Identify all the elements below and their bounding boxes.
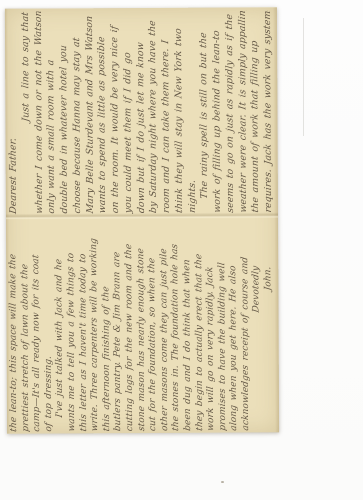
page-one-text: Dearest Father.Just a line to say thatwh… [7, 10, 276, 214]
handwriting-line: cut for the foundation, so when the [147, 219, 160, 432]
scan-artifact-line [303, 18, 304, 136]
handwriting-line: been dug and I do think that when [182, 219, 195, 431]
handwriting-line: the stones in. The foundation hole has [170, 219, 183, 431]
handwriting-line: think they will stay in New York two [173, 10, 187, 213]
handwriting-line: room and I can take them there. I [160, 10, 174, 214]
letter-paper: Dearest Father.Just a line to say thatwh… [5, 7, 279, 433]
handwriting-line: wants me to tell you a few things to [66, 219, 79, 432]
handwriting-line: write. Three carpenters will be working [89, 219, 102, 432]
page-two-rotated-block: the lean-to; this space will make thepre… [8, 219, 277, 432]
handwriting-line: the amount of work that filling up [249, 10, 263, 213]
handwriting-line: camp—It's all ready now for its coat [31, 219, 44, 432]
letter-scan: Dearest Father.Just a line to say thatwh… [0, 0, 363, 500]
handwriting-line: double bed in whatever hotel you [58, 10, 72, 214]
handwriting-line: wants to spend as little as possible [96, 10, 110, 214]
page-one-rotated-block: Dearest Father.Just a line to say thatwh… [7, 10, 276, 214]
scan-speck [221, 481, 224, 483]
handwriting-line: work of filling up behind the lean-to [211, 10, 225, 213]
handwriting-line: by Saturday night where you have the [147, 10, 161, 214]
handwriting-line: you could meet them if I did go [122, 10, 136, 214]
handwriting-line: choose because Hanna may stay at [71, 10, 85, 214]
handwriting-line: Dearest Father. [7, 10, 21, 214]
handwriting-line: only want a small room with a [45, 10, 59, 214]
handwriting-line: seems to go on just as rapidly as if the [224, 10, 238, 213]
page-two-text: the lean-to; this space will make thepre… [8, 219, 277, 432]
handwriting-line: the lean-to; this space will make the [8, 219, 21, 432]
handwriting-line: butlers pantry. Pete & Jim Brann are [112, 219, 125, 432]
handwriting-line: John. [263, 219, 276, 431]
handwriting-line: work will go on very rapidly. Jack [205, 219, 218, 431]
handwriting-line: I've just talked with Jack and he [54, 219, 67, 432]
handwriting-line: cutting logs for the new room and the [124, 219, 137, 432]
handwriting-line: Just a line to say that [20, 10, 34, 214]
handwriting-line: on the room. It would be very nice if [109, 10, 123, 214]
handwriting-line: along when you get here. He also [228, 219, 241, 431]
handwriting-line: The rainy spell is still on but the [198, 10, 212, 213]
handwriting-line: requires. Jack has the work very system- [262, 10, 276, 213]
